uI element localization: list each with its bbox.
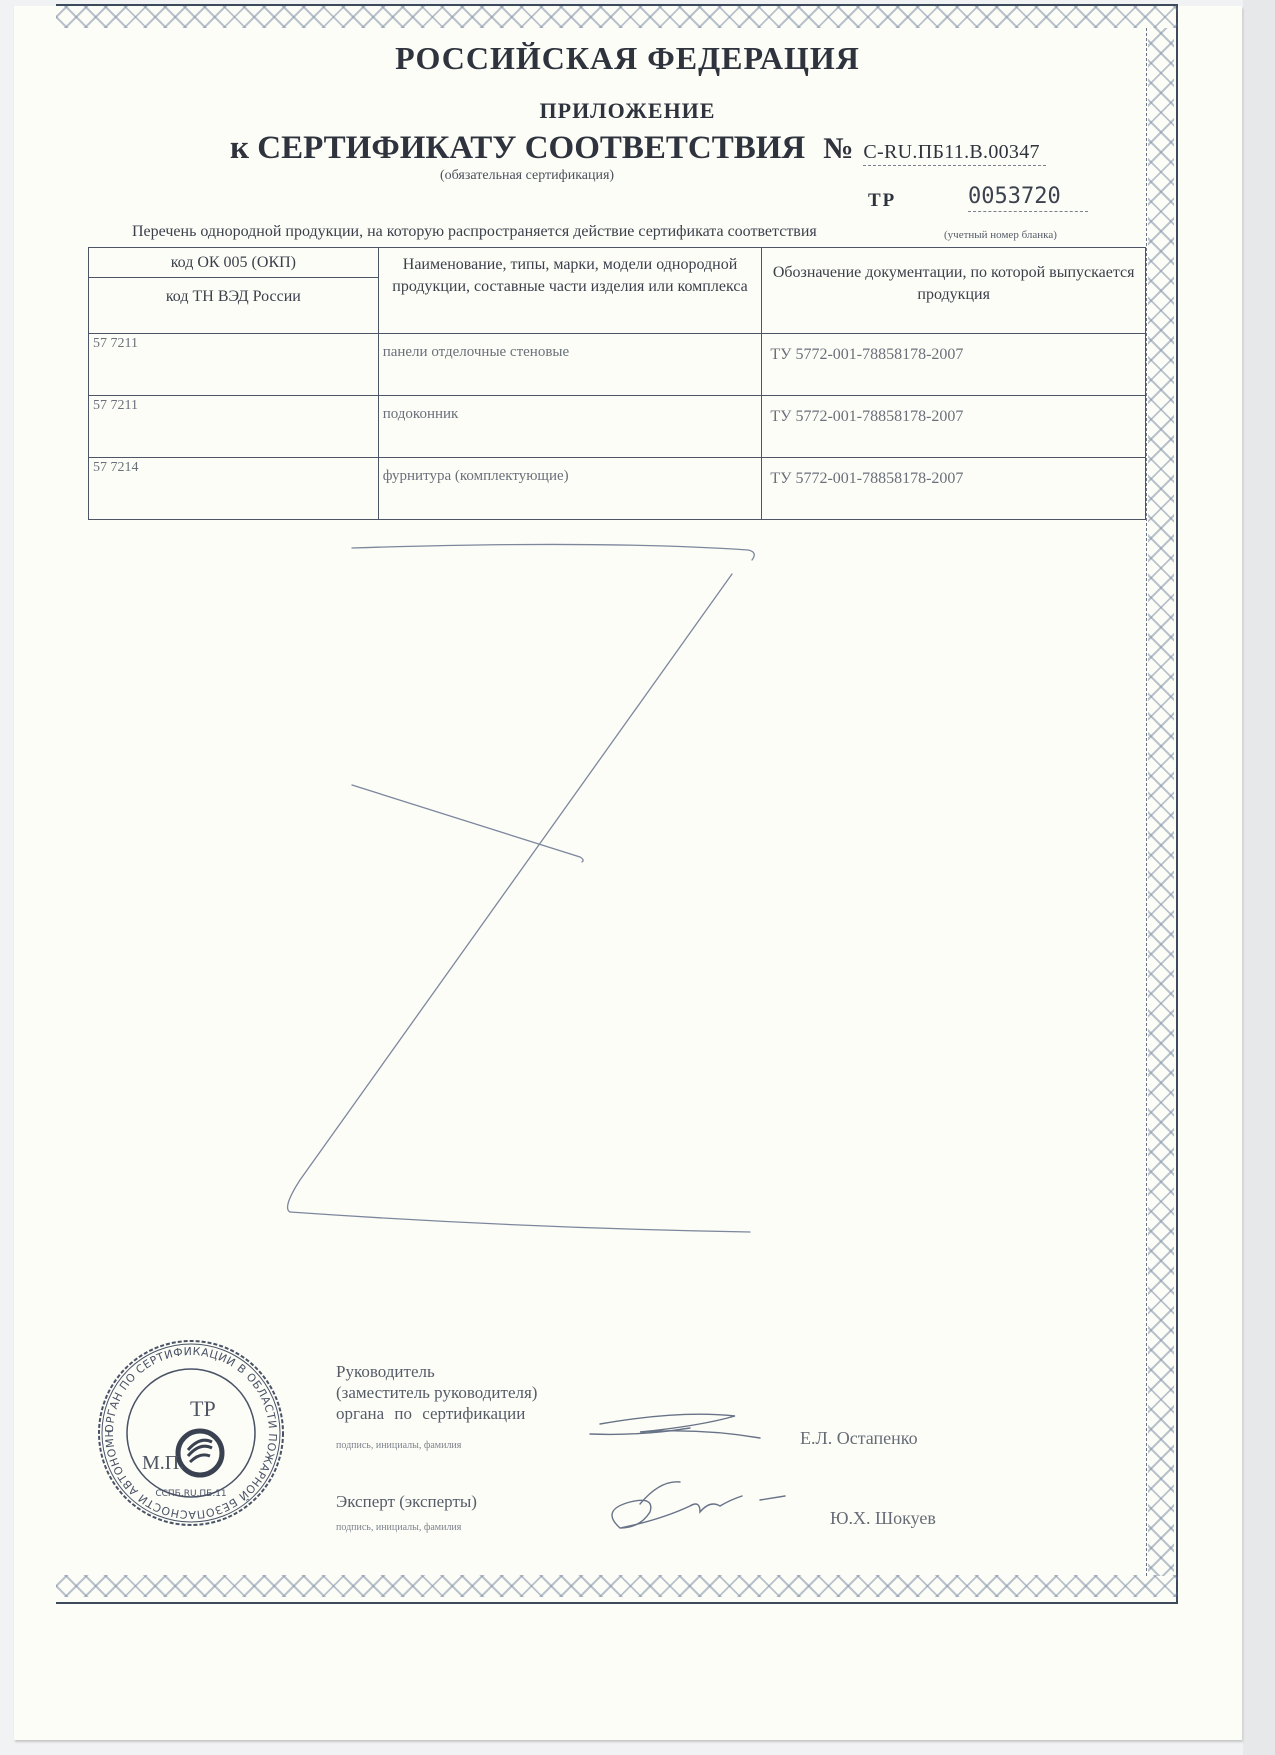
row-documentation: ТУ 5772-001-78858178-2007 bbox=[762, 334, 1146, 396]
ornament-right bbox=[1148, 28, 1174, 1576]
row-documentation: ТУ 5772-001-78858178-2007 bbox=[762, 458, 1146, 520]
row-documentation: ТУ 5772-001-78858178-2007 bbox=[762, 396, 1146, 458]
certificate-title: к СЕРТИФИКАТУ СООТВЕТСТВИЯ bbox=[230, 130, 805, 166]
form-number-caption: (учетный номер бланка) bbox=[944, 229, 1057, 241]
row-code: 57 7211 bbox=[89, 334, 379, 396]
head-label-2: (заместитель руководителя) bbox=[336, 1383, 537, 1402]
ornament-bottom bbox=[56, 1575, 1178, 1597]
product-list-caption: Перечень однородной продукции, на котору… bbox=[132, 223, 817, 241]
certificate-number: C-RU.ПБ11.B.00347 bbox=[863, 141, 1045, 166]
number-sign: № bbox=[823, 132, 853, 165]
appendix-title: ПРИЛОЖЕНИЕ bbox=[0, 98, 1265, 124]
row-product-name: подоконник bbox=[378, 396, 762, 458]
stamp-mp-mark: М.П. bbox=[142, 1452, 184, 1475]
certification-type: (обязательная сертификация) bbox=[440, 168, 614, 184]
form-number: 0053720 bbox=[968, 184, 1088, 212]
table-row: 57 7211 панели отделочные стеновые ТУ 57… bbox=[89, 334, 1146, 396]
expert-name: Ю.Х. Шокуев bbox=[830, 1508, 936, 1529]
header-tnved-code: код ТН ВЭД России bbox=[89, 278, 379, 334]
certificate-heading: к СЕРТИФИКАТУ СООТВЕТСТВИЯ№C-RU.ПБ11.B.0… bbox=[230, 130, 1046, 167]
header-documentation: Обозначение документации, по которой вып… bbox=[762, 248, 1146, 334]
svg-text:ССПБ.RU.ПБ.11: ССПБ.RU.ПБ.11 bbox=[155, 1489, 226, 1499]
table-row: 57 7214 фурнитура (комплектующие) ТУ 577… bbox=[89, 458, 1146, 520]
head-caption: подпись, инициалы, фамилия bbox=[336, 1440, 461, 1451]
ornament-top bbox=[56, 6, 1178, 28]
header-okp-code: код ОК 005 (ОКП) bbox=[89, 248, 379, 278]
head-label-1: Руководитель bbox=[336, 1362, 435, 1381]
row-code: 57 7211 bbox=[89, 396, 379, 458]
head-label-3: органа по сертификации bbox=[336, 1404, 525, 1423]
country-title: РОССИЙСКАЯ ФЕДЕРАЦИЯ bbox=[0, 40, 1265, 77]
row-code: 57 7214 bbox=[89, 458, 379, 520]
row-product-name: фурнитура (комплектующие) bbox=[378, 458, 762, 520]
header-product-name: Наименование, типы, марки, модели одноро… bbox=[378, 248, 762, 334]
row-product-name: панели отделочные стеновые bbox=[378, 334, 762, 396]
head-name: Е.Л. Остапенко bbox=[800, 1428, 918, 1449]
product-table: код ОК 005 (ОКП) Наименование, типы, мар… bbox=[88, 247, 1146, 520]
expert-label: Эксперт (эксперты) bbox=[336, 1492, 477, 1511]
table-row: 57 7211 подоконник ТУ 5772-001-78858178-… bbox=[89, 396, 1146, 458]
expert-caption: подпись, инициалы, фамилия bbox=[336, 1522, 461, 1533]
scan-edge bbox=[1243, 0, 1275, 1755]
stamp-tp-mark: ТР bbox=[190, 1396, 216, 1422]
inner-frame-line bbox=[1146, 28, 1147, 1576]
form-series: ТР bbox=[868, 190, 896, 212]
organization-stamp-icon: ОРГАН ПО СЕРТИФИКАЦИИ В ОБЛАСТИ ПОЖАРНОЙ… bbox=[96, 1338, 286, 1528]
